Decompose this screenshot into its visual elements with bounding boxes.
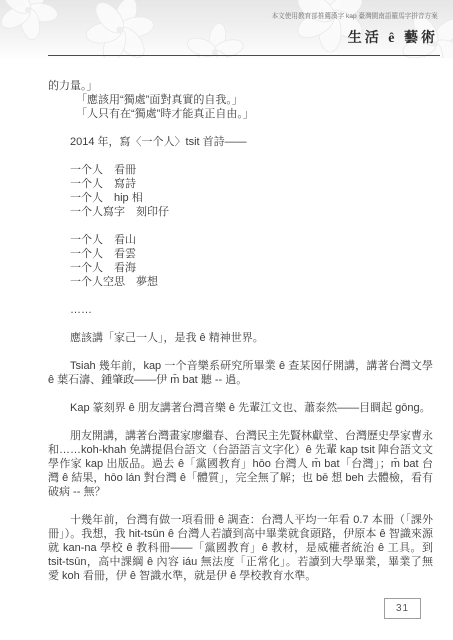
page-header: 本文使用教育部推薦漢字 kap 臺灣閩南語羅馬字拼音方案 生活 ê 藝術 [0,0,453,58]
romanization-notice: 本文使用教育部推薦漢字 kap 臺灣閩南語羅馬字拼音方案 [272,10,438,20]
paragraph: 2014 年，寫〈一个人〉tsit 首詩—— [48,135,433,149]
paragraph: 「應該用“獨處”面對真實的自我。」 [48,93,433,107]
poem-line: 一个人 hip 相 [70,191,433,205]
page-number-box: 31 [384,598,421,619]
page-body: 的力量。」「應該用“獨處”面對真實的自我。」「人只有在“獨處”時才能真正自由。」… [48,79,433,583]
page-title: 生活 ê 藝術 [348,27,438,47]
poem-line: 一个人 看山 [70,233,433,247]
poem-line: 一个人 看冊 [70,163,433,177]
poem-line: …… [70,303,433,317]
poem-line: 一个人空思 夢想 [70,275,433,289]
paragraph: 十幾年前，台灣有做一項看冊 ê 調查：台灣人平均一年看 0.7 本冊（「課外冊」… [48,513,433,583]
paragraph: Kap 篆刻界 ê 朋友講著台灣音樂 ê 先輩江文也、蕭泰然——目睭起 gōng… [48,401,433,415]
paragraph: 應該講「家己一人」，是我 ê 精神世界。 [48,331,433,345]
poem-line: 一个人 看雲 [70,247,433,261]
book-page: 本文使用教育部推薦漢字 kap 臺灣閩南語羅馬字拼音方案 生活 ê 藝術 的力量… [0,0,453,640]
paragraph: Tsiah 幾年前，kap 一个音樂系研究所畢業 ê 查某囡仔開講，講著台灣文學… [48,359,433,387]
poem-line: 一个人 看海 [70,261,433,275]
page-number: 31 [396,603,409,614]
poem-line: 一个人寫字 刻印仔 [70,205,433,219]
paragraph: 的力量。」 [48,79,433,93]
poem-line: 一个人 寫詩 [70,177,433,191]
paragraph: 「人只有在“獨處”時才能真正自由。」 [48,107,433,121]
header-rule [48,55,440,56]
paragraph: 朋友開講，講著台灣畫家廖繼春、台灣民主先賢林獻堂、台灣歷史學家曹永和……koh-… [48,429,433,499]
